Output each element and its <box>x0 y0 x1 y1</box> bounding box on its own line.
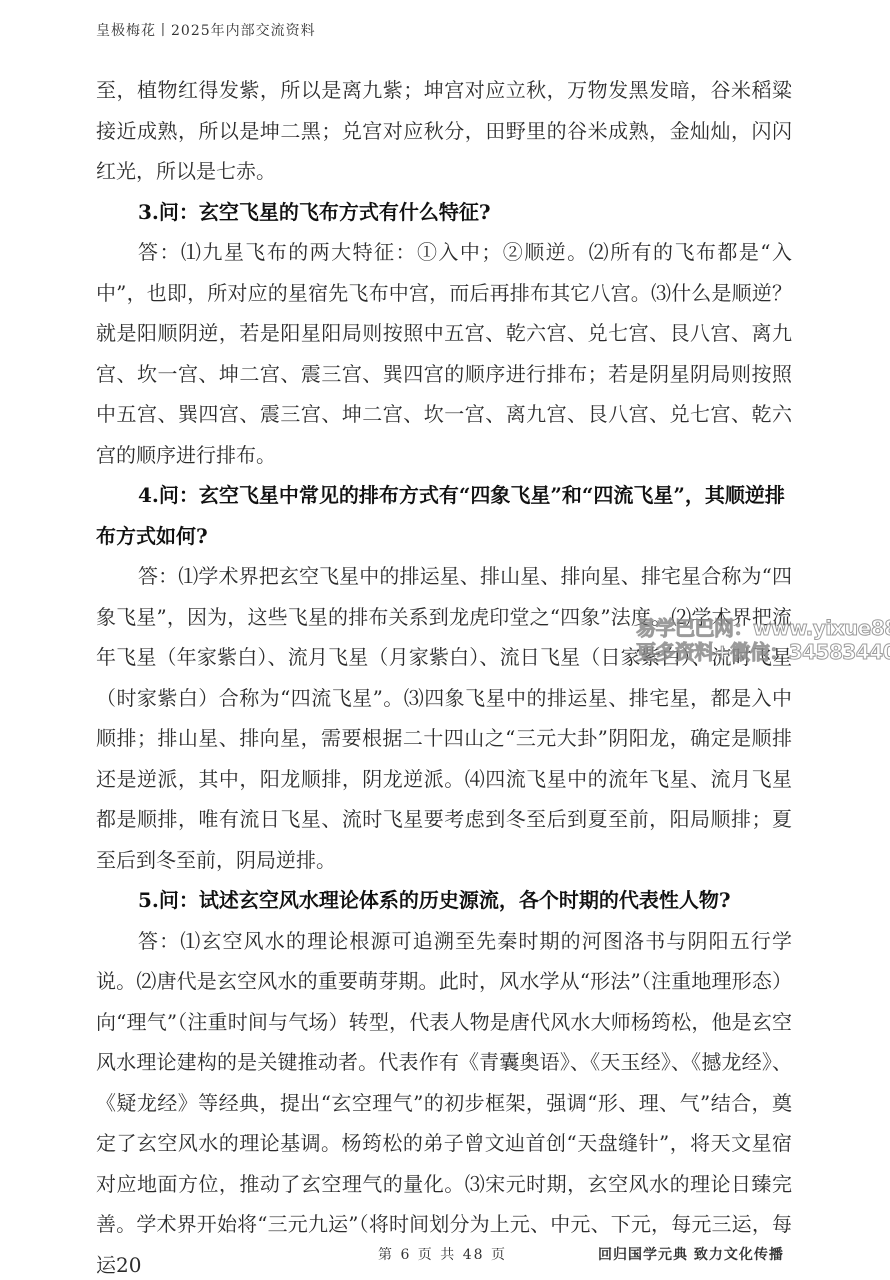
answer-paragraph: 答：⑴九星飞布的两大特征：①入中；②顺逆。⑵所有的飞布都是“入中”，也即，所对应… <box>96 232 792 475</box>
answer-paragraph: 答：⑴学术界把玄空飞星中的排运星、排山星、排向星、排宅星合称为“四象飞星”，因为… <box>96 556 792 880</box>
question-heading: 3.问：玄空飞星的飞布方式有什么特征? <box>96 192 792 233</box>
document-body: 至，植物红得发紫，所以是离九紫；坤宫对应立秋，万物发黑发暗，谷米稻粱接近成熟，所… <box>96 70 792 1280</box>
intro-paragraph: 至，植物红得发紫，所以是离九紫；坤宫对应立秋，万物发黑发暗，谷米稻粱接近成熟，所… <box>96 70 792 192</box>
watermark-overlay: 易学巴巴网：www.yixue88.cn 更多资料+微信：3458344044 <box>636 616 890 664</box>
page-footer: 第 6 页 共 48 页 回归国学元典 致力文化传播 <box>0 1244 890 1268</box>
question-heading: 5.问：试述玄空风水理论体系的历史源流，各个时期的代表性人物? <box>96 880 792 921</box>
page-number: 第 6 页 共 48 页 <box>378 1244 507 1264</box>
watermark-site-line: 易学巴巴网：www.yixue88.cn <box>636 616 890 640</box>
watermark-contact-line: 更多资料+微信：3458344044 <box>636 640 890 664</box>
qa-item-5: 5.问：试述玄空风水理论体系的历史源流，各个时期的代表性人物? 答：⑴玄空风水的… <box>96 880 792 1280</box>
page-header: 皇极梅花丨2025年内部交流资料 <box>96 20 316 40</box>
question-heading: 4.问：玄空飞星中常见的排布方式有“四象飞星”和“四流飞星”，其顺逆排布方式如何… <box>96 475 792 556</box>
qa-item-4: 4.问：玄空飞星中常见的排布方式有“四象飞星”和“四流飞星”，其顺逆排布方式如何… <box>96 475 792 880</box>
qa-item-3: 3.问：玄空飞星的飞布方式有什么特征? 答：⑴九星飞布的两大特征：①入中；②顺逆… <box>96 192 792 476</box>
answer-paragraph: 答：⑴玄空风水的理论根源可追溯至先秦时期的河图洛书与阴阳五行学说。⑵唐代是玄空风… <box>96 921 792 1280</box>
footer-slogan: 回归国学元典 致力文化传播 <box>598 1244 784 1264</box>
